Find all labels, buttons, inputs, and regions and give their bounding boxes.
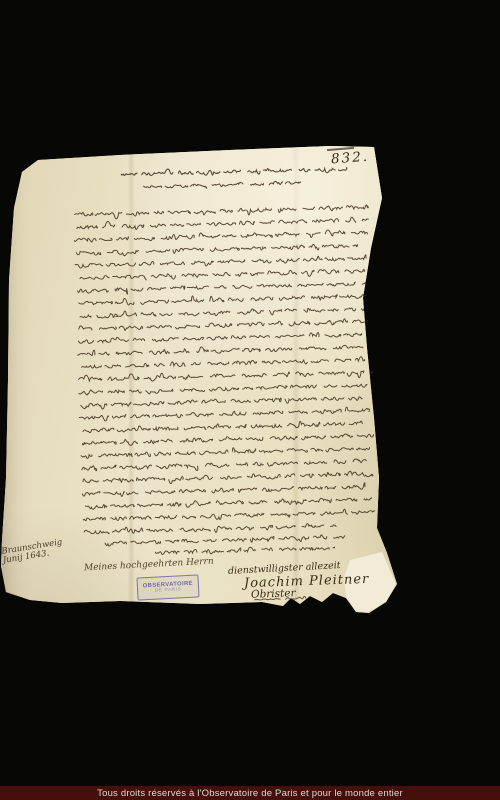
handwriting-line: [79, 406, 369, 421]
observatoire-stamp: OBSERVATOIRE DE PARIS: [136, 574, 199, 600]
handwriting-line: [82, 483, 365, 498]
handwriting-line: [121, 164, 347, 178]
handwriting-line: [76, 243, 358, 257]
handwriting-line: [78, 331, 361, 344]
handwriting-line: [75, 205, 369, 220]
handwriting-line: [81, 444, 370, 458]
stamp-line-2: DE PARIS: [155, 587, 182, 593]
handwriting-line: [82, 433, 373, 447]
handwriting-line: [84, 522, 336, 536]
handwriting-line: [83, 420, 362, 434]
handwriting-line: [74, 229, 367, 244]
handwriting-line: [80, 305, 364, 320]
handwriting-line: [155, 545, 334, 555]
handwriting-line: [77, 343, 362, 357]
signature-title: Obrister: [251, 588, 296, 601]
handwriting-line: [80, 268, 365, 282]
scan-viewport: 832. Braunschweig Junij 1643. Meines hoc…: [0, 0, 500, 800]
handwriting-line: [83, 508, 374, 523]
copyright-bar: Tous droits réservés à l'Observatoire de…: [0, 786, 500, 800]
copyright-text: Tous droits réservés à l'Observatoire de…: [97, 788, 403, 799]
handwriting-line: [79, 318, 368, 331]
handwriting-line: [81, 395, 362, 409]
handwriting-line: [83, 471, 373, 486]
handwriting-layer: [0, 0, 500, 800]
handwriting-line: [79, 291, 366, 306]
handwriting-line: [144, 181, 301, 190]
handwriting-line: [82, 357, 365, 370]
handwriting-line: [77, 215, 369, 231]
handwriting-line: [85, 496, 371, 510]
handwriting-line: [79, 383, 367, 396]
handwriting-line: [78, 281, 366, 295]
archive-page-number: 832.: [331, 150, 370, 167]
handwriting-line: [105, 534, 345, 546]
handwriting-line: [82, 459, 367, 474]
handwriting-line: [79, 368, 373, 385]
handwriting-line: [75, 255, 366, 270]
